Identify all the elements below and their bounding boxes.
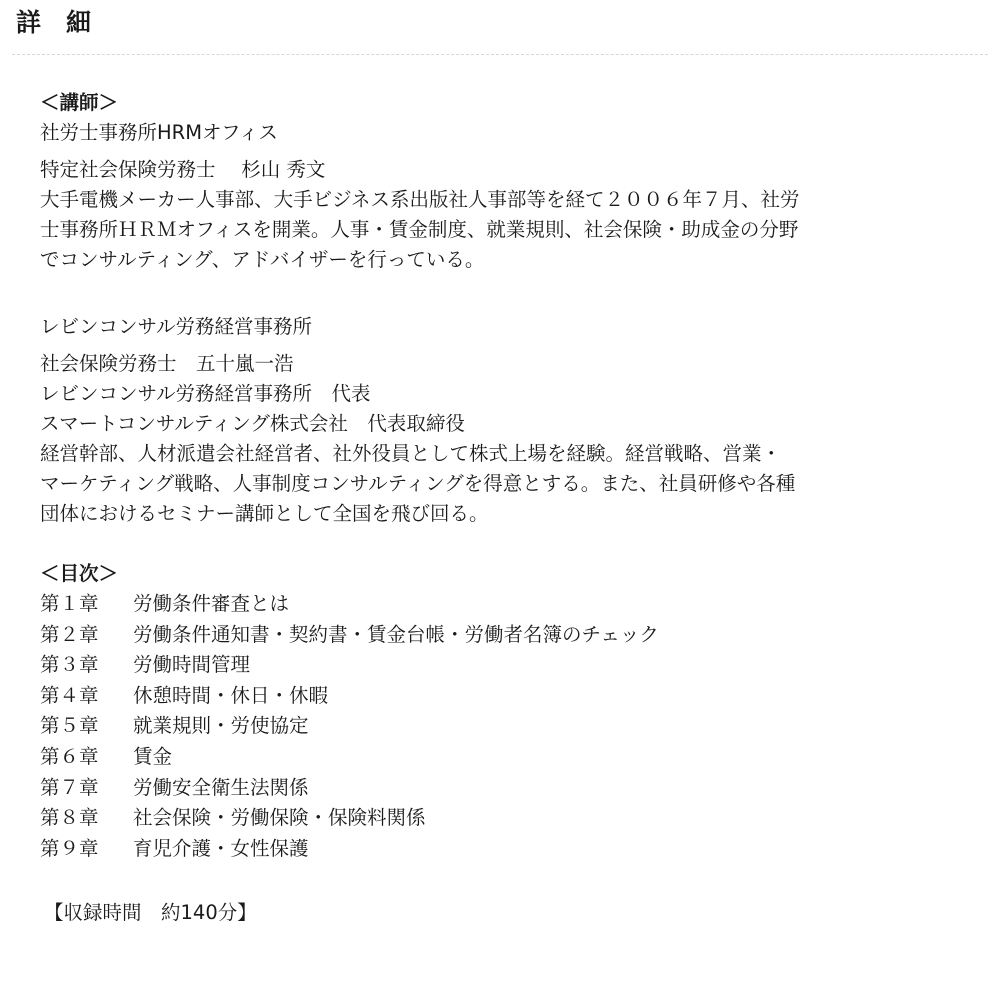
- instructor1-bio-line: 士事務所ＨＲＭオフィスを開業。人事・賃金制度、就業規則、社会保険・助成金の分野: [40, 215, 960, 245]
- chapter-number: 第７章: [40, 773, 133, 804]
- detail-content: ＜講師＞ 社労士事務所HRMオフィス 特定社会保険労務士 杉山 秀文 大手電機メ…: [40, 88, 960, 928]
- instructor1-title-name: 特定社会保険労務士 杉山 秀文: [40, 155, 960, 185]
- instructor2-office: レビンコンサル労務経営事務所: [40, 312, 960, 342]
- chapter-number: 第３章: [40, 650, 133, 681]
- chapter-title: 労働条件審査とは: [133, 589, 289, 620]
- toc-chapter: 第４章休憩時間・休日・休暇: [40, 681, 960, 712]
- chapter-number: 第９章: [40, 834, 133, 865]
- instructor2-role: レビンコンサル労務経営事務所 代表: [40, 379, 960, 409]
- instructor1-bio-line: でコンサルティング、アドバイザーを行っている。: [40, 245, 960, 275]
- chapter-title: 労働時間管理: [133, 650, 250, 681]
- recording-time: 【収録時間 約140分】: [44, 898, 960, 928]
- toc-chapter: 第７章労働安全衛生法関係: [40, 773, 960, 804]
- toc-chapter: 第９章育児介護・女性保護: [40, 834, 960, 865]
- toc-chapter: 第２章労働条件通知書・契約書・賃金台帳・労働者名簿のチェック: [40, 620, 960, 651]
- chapter-number: 第８章: [40, 803, 133, 834]
- chapter-title: 社会保険・労働保険・保険料関係: [133, 803, 426, 834]
- instructors-section: ＜講師＞ 社労士事務所HRMオフィス 特定社会保険労務士 杉山 秀文 大手電機メ…: [40, 88, 960, 529]
- chapter-number: 第４章: [40, 681, 133, 712]
- toc-chapter: 第１章労働条件審査とは: [40, 589, 960, 620]
- page-title: 詳 細: [16, 6, 91, 40]
- instructor2-role: スマートコンサルティング株式会社 代表取締役: [40, 409, 960, 439]
- chapter-number: 第１章: [40, 589, 133, 620]
- instructor2-bio-line: マーケティング戦略、人事制度コンサルティングを得意とする。また、社員研修や各種: [40, 469, 960, 499]
- toc-chapter: 第８章社会保険・労働保険・保険料関係: [40, 803, 960, 834]
- chapter-number: 第２章: [40, 620, 133, 651]
- chapter-title: 育児介護・女性保護: [133, 834, 309, 865]
- chapter-number: 第５章: [40, 711, 133, 742]
- toc-heading: ＜目次＞: [40, 559, 960, 589]
- instructor1-office: 社労士事務所HRMオフィス: [40, 118, 960, 148]
- toc-chapter: 第５章就業規則・労使協定: [40, 711, 960, 742]
- chapter-title: 労働安全衛生法関係: [133, 773, 309, 804]
- chapter-title: 就業規則・労使協定: [133, 711, 309, 742]
- instructor2-title-name: 社会保険労務士 五十嵐一浩: [40, 349, 960, 379]
- instructor2-bio-line: 団体におけるセミナー講師として全国を飛び回る。: [40, 499, 960, 529]
- instructor2-bio-line: 経営幹部、人材派遣会社経営者、社外役員として株式上場を経験。経営戦略、営業・: [40, 439, 960, 469]
- instructors-heading: ＜講師＞: [40, 88, 960, 118]
- toc-section: ＜目次＞ 第１章労働条件審査とは 第２章労働条件通知書・契約書・賃金台帳・労働者…: [40, 559, 960, 864]
- toc-chapter: 第３章労働時間管理: [40, 650, 960, 681]
- instructor1-bio-line: 大手電機メーカー人事部、大手ビジネス系出版社人事部等を経て２００６年７月、社労: [40, 185, 960, 215]
- toc-chapter: 第６章賃金: [40, 742, 960, 773]
- title-divider: [12, 54, 988, 55]
- chapter-title: 労働条件通知書・契約書・賃金台帳・労働者名簿のチェック: [133, 620, 659, 651]
- chapter-number: 第６章: [40, 742, 133, 773]
- chapter-title: 賃金: [133, 742, 172, 773]
- chapter-title: 休憩時間・休日・休暇: [133, 681, 328, 712]
